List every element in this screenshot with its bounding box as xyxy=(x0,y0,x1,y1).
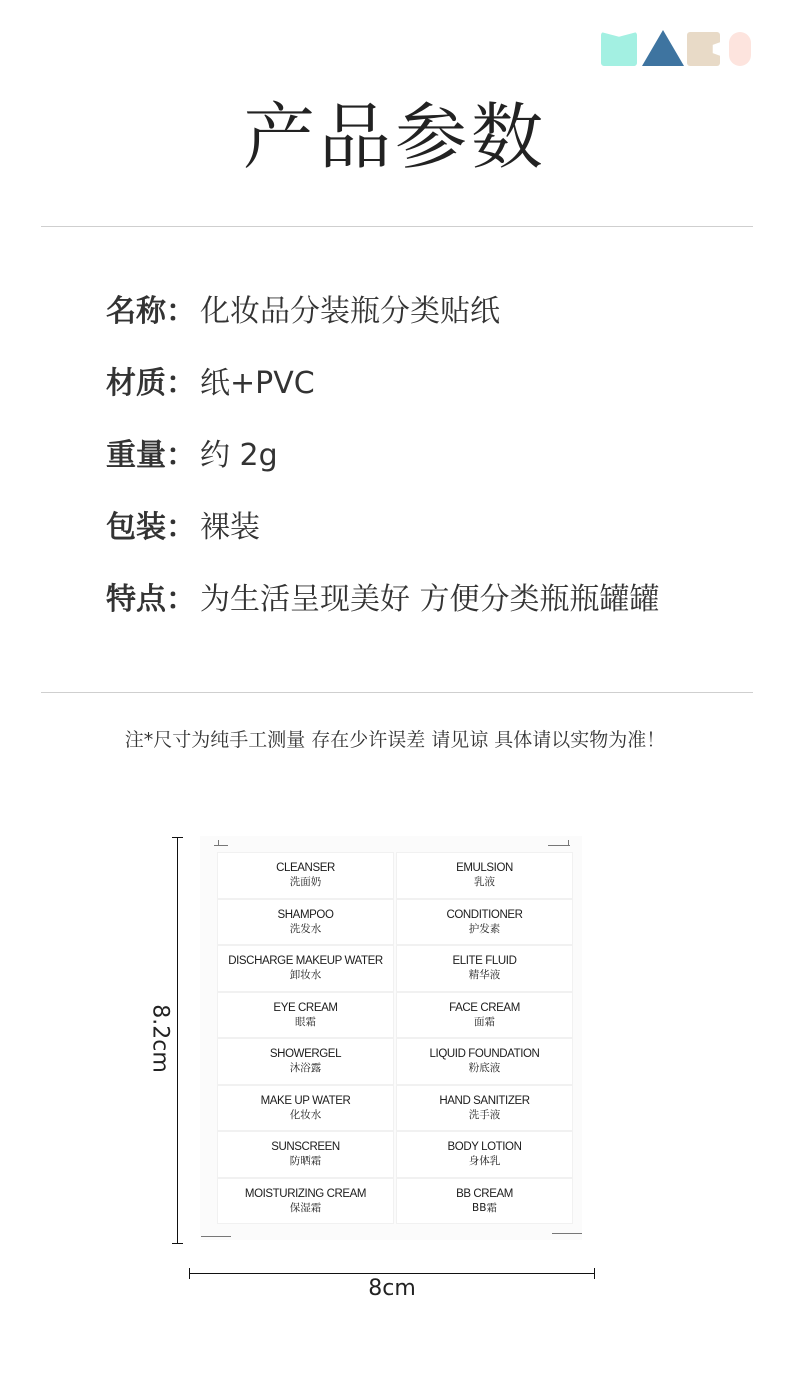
spec-value: 纸+PVC xyxy=(200,364,315,404)
spec-row-name: 名称： 化妆品分装瓶分类贴纸 xyxy=(106,292,660,364)
divider-top xyxy=(41,226,753,227)
sticker-en: DISCHARGE MAKEUP WATER xyxy=(228,954,383,968)
spec-row-material: 材质： 纸+PVC xyxy=(106,364,660,436)
sticker-zh: 精华液 xyxy=(469,968,501,982)
sticker-en: CONDITIONER xyxy=(446,908,522,922)
sticker-label: MAKE UP WATER化妆水 xyxy=(217,1085,394,1132)
sticker-en: LIQUID FOUNDATION xyxy=(430,1047,540,1061)
spec-label: 材质： xyxy=(106,364,196,404)
spec-label: 名称： xyxy=(106,292,196,332)
sticker-label: LIQUID FOUNDATION粉底液 xyxy=(396,1038,573,1085)
sticker-label: BODY LOTION身体乳 xyxy=(396,1131,573,1178)
sticker-label: SHAMPOO洗发水 xyxy=(217,899,394,946)
sticker-zh: BB霜 xyxy=(472,1201,497,1215)
page-title: 产品参数 xyxy=(0,92,790,182)
sticker-zh: 洗面奶 xyxy=(290,875,322,889)
crop-mark-icon xyxy=(214,845,228,846)
width-dimension-label: 8cm xyxy=(189,1276,595,1301)
sticker-en: SUNSCREEN xyxy=(271,1140,340,1154)
sticker-zh: 沐浴露 xyxy=(290,1061,322,1075)
divider-bottom xyxy=(41,692,753,693)
sticker-label: SHOWERGEL沐浴露 xyxy=(217,1038,394,1085)
crop-mark-icon xyxy=(218,840,219,846)
spec-value: 化妆品分装瓶分类贴纸 xyxy=(200,292,500,332)
sticker-label: ELITE FLUID精华液 xyxy=(396,945,573,992)
brand-logo xyxy=(601,30,751,68)
crop-mark-icon xyxy=(201,1236,231,1237)
sticker-en: FACE CREAM xyxy=(449,1001,520,1015)
spec-label: 包装： xyxy=(106,508,196,548)
sticker-zh: 眼霜 xyxy=(295,1015,316,1029)
dimension-cap-icon xyxy=(172,837,183,838)
logo-o-shape-icon xyxy=(729,32,751,66)
spec-row-weight: 重量： 约 2g xyxy=(106,436,660,508)
logo-triangle-icon xyxy=(642,30,684,66)
height-dimension-label: 8.2cm xyxy=(148,999,173,1079)
spec-value: 约 2g xyxy=(200,436,278,476)
spec-value: 为生活呈现美好 方便分类瓶瓶罐罐 xyxy=(200,580,660,620)
sticker-zh: 保湿霜 xyxy=(290,1201,322,1215)
sticker-label: EYE CREAM眼霜 xyxy=(217,992,394,1039)
sticker-zh: 卸妆水 xyxy=(290,968,322,982)
sticker-en: SHOWERGEL xyxy=(270,1047,341,1061)
sticker-label: MOISTURIZING CREAM保湿霜 xyxy=(217,1178,394,1225)
logo-m-shape-icon xyxy=(601,32,637,66)
sticker-zh: 护发素 xyxy=(469,922,501,936)
sticker-zh: 面霜 xyxy=(474,1015,495,1029)
sticker-en: ELITE FLUID xyxy=(453,954,517,968)
spec-value: 裸装 xyxy=(200,508,260,548)
sticker-label: SUNSCREEN防晒霜 xyxy=(217,1131,394,1178)
crop-mark-icon xyxy=(548,845,570,846)
spec-row-features: 特点： 为生活呈现美好 方便分类瓶瓶罐罐 xyxy=(106,580,660,652)
sticker-zh: 防晒霜 xyxy=(290,1154,322,1168)
sticker-label: CONDITIONER护发素 xyxy=(396,899,573,946)
sticker-label: FACE CREAM面霜 xyxy=(396,992,573,1039)
sticker-en: BODY LOTION xyxy=(448,1140,522,1154)
spec-label: 重量： xyxy=(106,436,196,476)
sticker-zh: 身体乳 xyxy=(469,1154,501,1168)
spec-label: 特点： xyxy=(106,580,196,620)
spec-row-packaging: 包装： 裸装 xyxy=(106,508,660,580)
sticker-en: EMULSION xyxy=(456,861,513,875)
spec-list: 名称： 化妆品分装瓶分类贴纸 材质： 纸+PVC 重量： 约 2g 包装： 裸装… xyxy=(106,292,660,652)
sticker-grid: CLEANSER洗面奶 EMULSION乳液 SHAMPOO洗发水 CONDIT… xyxy=(217,852,573,1224)
sticker-zh: 化妆水 xyxy=(290,1108,322,1122)
sticker-en: CLEANSER xyxy=(276,861,335,875)
sticker-zh: 洗发水 xyxy=(290,922,322,936)
sticker-en: EYE CREAM xyxy=(273,1001,337,1015)
width-dimension-line xyxy=(189,1273,595,1274)
sticker-en: MAKE UP WATER xyxy=(261,1094,351,1108)
sticker-label: BB CREAMBB霜 xyxy=(396,1178,573,1225)
sticker-zh: 乳液 xyxy=(474,875,495,889)
measurement-note: 注*尺寸为纯手工测量 存在少许误差 请见谅 具体请以实物为准！ xyxy=(0,725,790,752)
dimension-cap-icon xyxy=(172,1243,183,1244)
sticker-label: CLEANSER洗面奶 xyxy=(217,852,394,899)
sticker-en: BB CREAM xyxy=(456,1187,513,1201)
sticker-zh: 粉底液 xyxy=(469,1061,501,1075)
sticker-label: EMULSION乳液 xyxy=(396,852,573,899)
height-dimension-line xyxy=(177,837,178,1244)
sticker-en: HAND SANITIZER xyxy=(439,1094,529,1108)
sticker-en: MOISTURIZING CREAM xyxy=(245,1187,366,1201)
crop-mark-icon xyxy=(552,1233,582,1234)
logo-k-shape-icon xyxy=(687,32,720,66)
sticker-label: HAND SANITIZER洗手液 xyxy=(396,1085,573,1132)
sticker-label: DISCHARGE MAKEUP WATER卸妆水 xyxy=(217,945,394,992)
sticker-en: SHAMPOO xyxy=(278,908,334,922)
crop-mark-icon xyxy=(568,840,569,846)
sticker-zh: 洗手液 xyxy=(469,1108,501,1122)
